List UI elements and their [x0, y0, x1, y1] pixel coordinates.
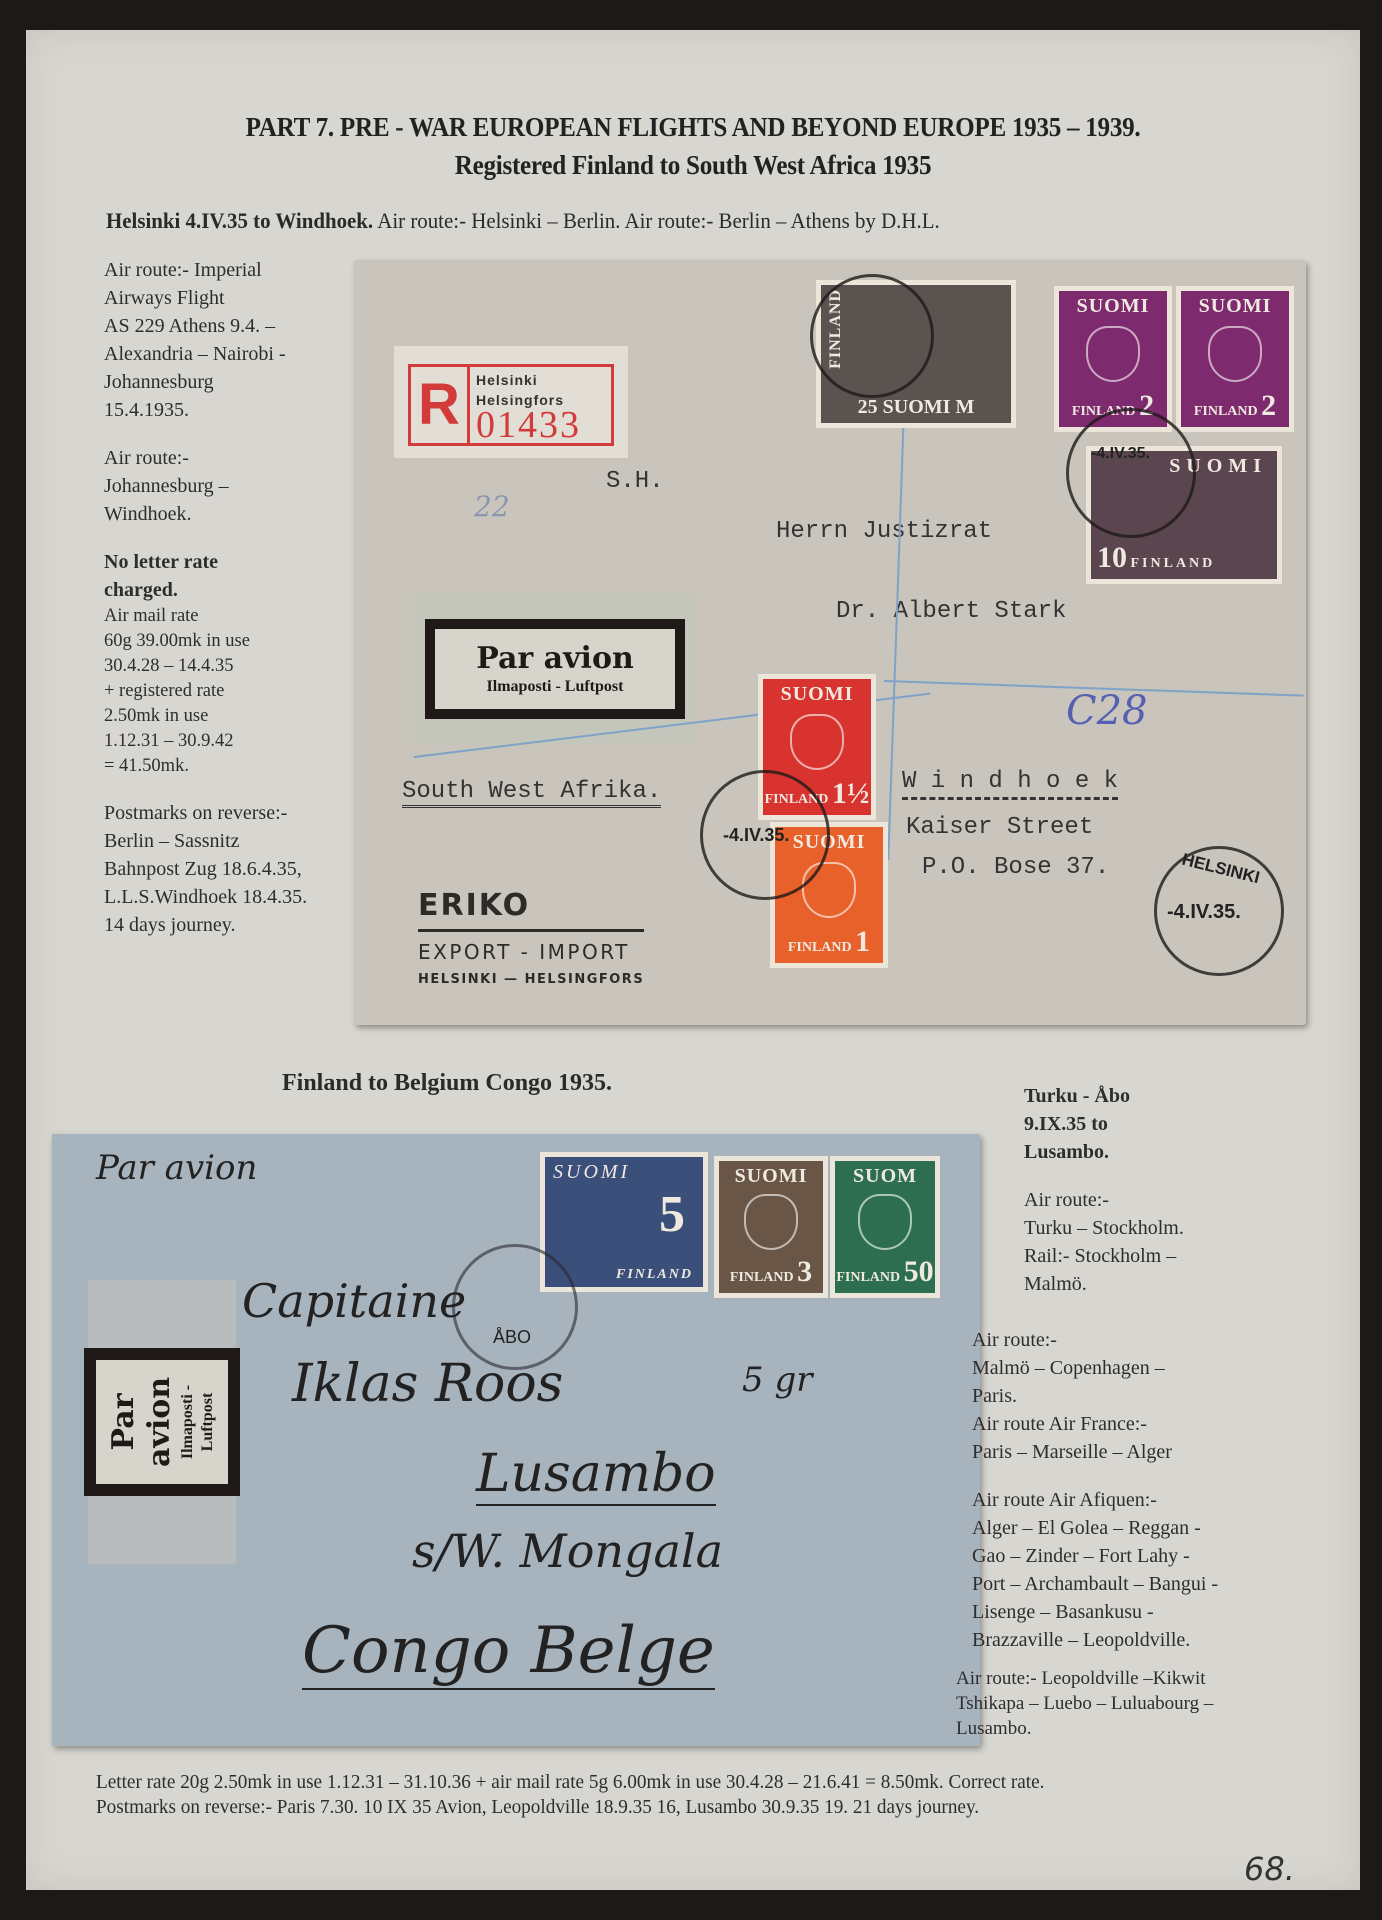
- handwritten-line4: s/W. Mongala: [412, 1524, 723, 1578]
- lion-emblem-icon: [1208, 326, 1262, 382]
- lion-emblem-icon: [1086, 326, 1140, 382]
- route-origin: Turku - Åbo 9.IX.35 to Lusambo.: [1024, 1082, 1334, 1166]
- cover1-heading-route: Air route:- Helsinki – Berlin. Air route…: [373, 208, 940, 233]
- cover2-envelope: Par avion SUOMI 5 FINLAND SUOMI FINLAND …: [52, 1134, 980, 1746]
- cover2-notes: Turku - Åbo 9.IX.35 to Lusambo. Air rout…: [1024, 1082, 1334, 1298]
- registration-city-fi: Helsinki: [476, 373, 611, 387]
- addressee-street: Kaiser Street: [906, 814, 1093, 841]
- postmark-top: -4.IV.35.: [1066, 408, 1196, 538]
- cover1-heading-date: Helsinki 4.IV.35 to Windhoek.: [106, 208, 373, 233]
- cover1-notes: Air route:- Imperial Airways Flight AS 2…: [104, 256, 344, 939]
- page-subtitle: Registered Finland to South West Africa …: [73, 150, 1314, 181]
- airmail-label-sub: Ilmaposti - Luftpost: [178, 1364, 218, 1480]
- handwritten-line5: Congo Belge: [302, 1614, 715, 1690]
- airmail-label-main: Par avion: [439, 641, 671, 677]
- album-page: PART 7. PRE - WAR EUROPEAN FLIGHTS AND B…: [26, 30, 1360, 1890]
- postmark-helsinki: HELSINKI -4.IV.35.: [1154, 846, 1284, 976]
- airmail-label-main: Par avion: [106, 1364, 178, 1480]
- addressee-initials: S.H.: [606, 468, 664, 495]
- stamp-3mk: SUOMI FINLAND 3: [714, 1156, 828, 1298]
- route-note-1: Air route:- Imperial Airways Flight AS 2…: [104, 256, 344, 424]
- airmail-label-vertical: Par avion Ilmaposti - Luftpost: [88, 1280, 236, 1564]
- sender-name: ERIKO: [418, 888, 644, 923]
- page-title: PART 7. PRE - WAR EUROPEAN FLIGHTS AND B…: [73, 112, 1314, 143]
- postmark-note: Postmarks on reverse:- Berlin – Sassnitz…: [104, 799, 344, 939]
- cover2-rate-notes: Letter rate 20g 2.50mk in use 1.12.31 – …: [96, 1770, 1044, 1820]
- registration-label: R Helsinki Helsingfors 01433: [394, 346, 628, 458]
- route-note-b: Air route:- Malmö – Copenhagen – Paris. …: [972, 1326, 1312, 1466]
- pencil-note: 22: [474, 490, 510, 523]
- addressee-city: W i n d h o e k: [902, 768, 1118, 800]
- addressee-line2: Dr. Albert Stark: [836, 598, 1066, 625]
- handwritten-par-avion: Par avion: [96, 1148, 257, 1188]
- stamp-50p: SUOM FINLAND 50: [830, 1156, 940, 1298]
- destination: South West Afrika.: [402, 778, 661, 808]
- addressee-line1: Herrn Justizrat: [776, 518, 992, 545]
- cover2-notes-b: Air route:- Malmö – Copenhagen – Paris. …: [972, 1326, 1312, 1654]
- route-note-a: Air route:- Turku – Stockholm. Rail:- St…: [1024, 1186, 1334, 1298]
- addressee-po-box: P.O. Bose 37.: [922, 854, 1109, 881]
- airmail-label: Par avion Ilmaposti - Luftpost: [412, 594, 698, 744]
- airmail-label-sub: Ilmaposti - Luftpost: [439, 677, 671, 697]
- route-note-2: Air route:- Johannesburg – Windhoek.: [104, 444, 344, 528]
- sender-city: HELSINKI — HELSINGFORS: [418, 972, 644, 987]
- registration-number: 01433: [476, 407, 611, 443]
- handwritten-line2: Iklas Roos: [292, 1354, 563, 1414]
- handwritten-weight: 5 gr: [742, 1360, 812, 1400]
- cover2-title: Finland to Belgium Congo 1935.: [282, 1070, 612, 1097]
- registration-letter: R: [411, 367, 470, 443]
- lion-emblem-icon: [790, 714, 844, 770]
- blue-crayon-note: C28: [1066, 688, 1148, 734]
- postmark-abo: ÅBO: [452, 1244, 578, 1370]
- cover1-heading: Helsinki 4.IV.35 to Windhoek. Air route:…: [106, 208, 940, 234]
- lion-emblem-icon: [858, 1194, 912, 1250]
- sender-tagline: EXPORT - IMPORT: [418, 940, 644, 964]
- lion-emblem-icon: [744, 1194, 798, 1250]
- sender-imprint: ERIKO EXPORT - IMPORT HELSINKI — HELSING…: [418, 888, 644, 987]
- page-number: 68.: [1244, 1850, 1295, 1888]
- rate-note: No letter rate charged. Air mail rate 60…: [104, 548, 344, 779]
- handwritten-line1: Capitaine: [242, 1274, 466, 1328]
- postmark-center: -4.IV.35.: [700, 770, 830, 900]
- cover1-envelope: R Helsinki Helsingfors 01433 22 S.H. Her…: [354, 260, 1306, 1025]
- postmark-airstamp: [810, 274, 934, 398]
- route-note-c: Air route Air Afiquen:- Alger – El Golea…: [972, 1486, 1312, 1654]
- route-note-d: Air route:- Leopoldville –Kikwit Tshikap…: [956, 1666, 1316, 1741]
- stamp-2mk-b: SUOMI FINLAND 2: [1176, 286, 1294, 432]
- handwritten-line3: Lusambo: [476, 1444, 716, 1506]
